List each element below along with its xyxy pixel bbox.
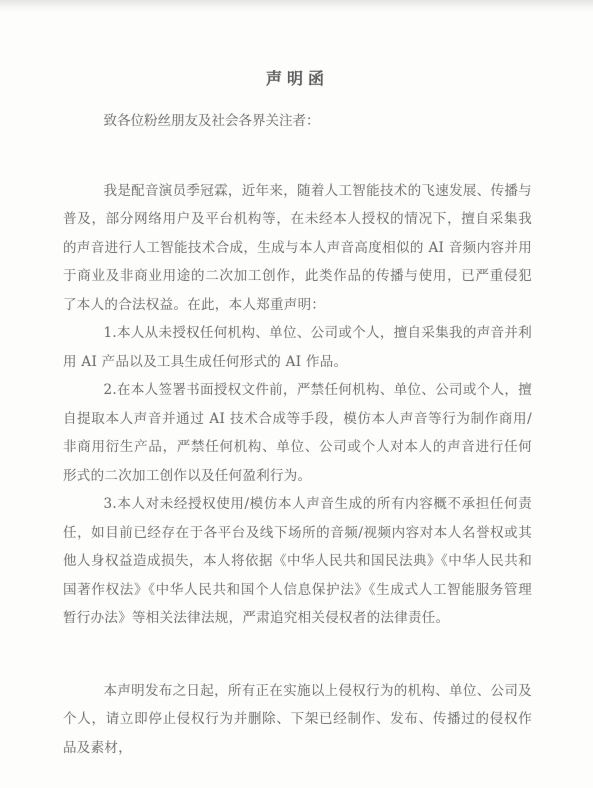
scanned-statement-page: 声明函 致各位粉丝朋友及社会各界关注者： 我是配音演员季冠霖，近年来，随着人工智… [0,0,593,788]
salutation-line: 致各位粉丝朋友及社会各界关注者： [63,107,532,136]
statement-body: 我是配音演员季冠霖，近年来，随着人工智能技术的飞速发展、传播与普及，部分网络用户… [63,177,532,763]
closing-paragraph: 本声明发布之日起，所有正在实施以上侵权行为的机构、单位、公司及个人，请立即停止侵… [63,677,532,763]
intro-paragraph: 我是配音演员季冠霖，近年来，随着人工智能技术的飞速发展、传播与普及，部分网络用户… [63,177,532,320]
statement-item-3: 3.本人对未经授权使用/模仿本人声音生成的所有内容概不承担任何责任，如目前已经存… [63,490,532,633]
document-content: 声明函 致各位粉丝朋友及社会各界关注者： 我是配音演员季冠霖，近年来，随着人工智… [63,0,532,762]
statement-item-1: 1.本人从未授权任何机构、单位、公司或个人，擅自采集我的声音并利用 AI 产品以… [63,319,532,376]
document-title: 声明函 [63,0,532,89]
statement-item-2: 2.在本人签署书面授权文件前，严禁任何机构、单位、公司或个人，擅自提取本人声音并… [63,376,532,490]
